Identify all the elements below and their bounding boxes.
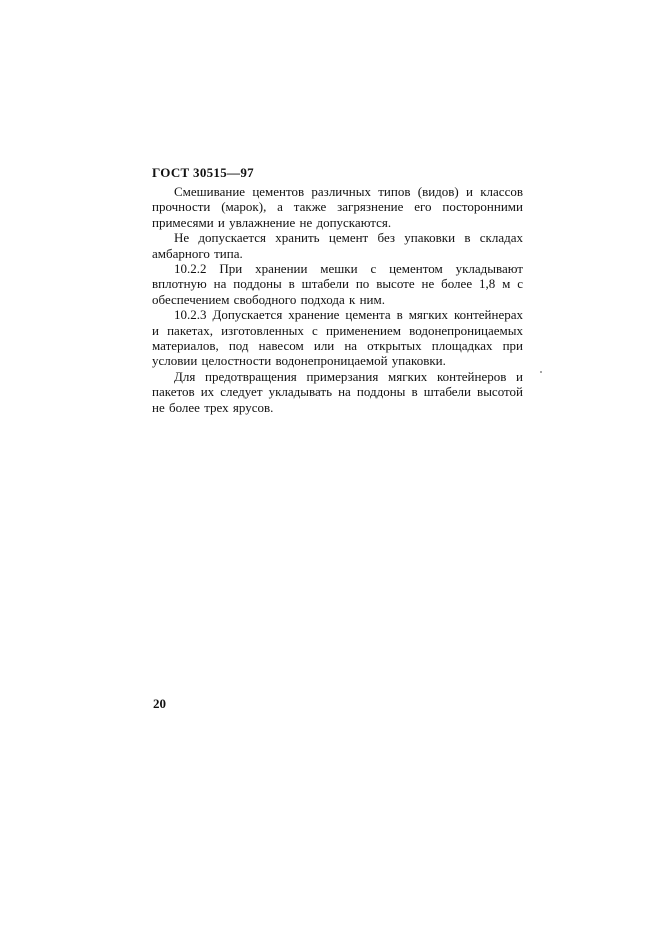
print-artifact-dot xyxy=(540,371,542,373)
paragraph: Смешивание цементов различных типов (вид… xyxy=(152,184,523,230)
paragraph: 10.2.2 При хранении мешки с цементом укл… xyxy=(152,261,523,307)
body-text-block: Смешивание цементов различных типов (вид… xyxy=(152,184,523,415)
paragraph: 10.2.3 Допускается хранение цемента в мя… xyxy=(152,307,523,369)
document-header: ГОСТ 30515—97 xyxy=(152,165,254,181)
paragraph: Для предотвращения примерзания мягких ко… xyxy=(152,369,523,415)
paragraph: Не допускается хранить цемент без упаков… xyxy=(152,230,523,261)
document-page: ГОСТ 30515—97 Смешивание цементов различ… xyxy=(0,0,661,935)
page-number: 20 xyxy=(153,696,166,712)
